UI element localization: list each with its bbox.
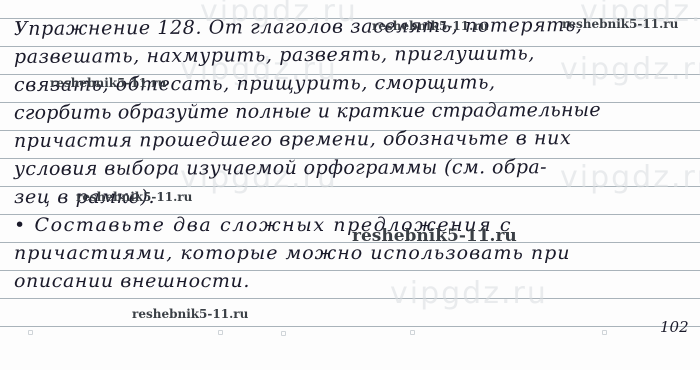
watermark-reshebnik: reshebnik5-11.ru xyxy=(562,17,678,31)
paper-mark xyxy=(410,330,415,335)
watermark-reshebnik: reshebnik5-11.ru xyxy=(352,226,517,246)
paper-mark xyxy=(28,330,33,335)
paper-mark xyxy=(281,331,286,336)
watermark-reshebnik: reshebnik5-11.ru xyxy=(76,190,192,204)
page-number: 102 xyxy=(660,318,689,336)
ruled-line xyxy=(0,326,700,327)
watermark-vipgdz: vipgdz.ru xyxy=(560,52,700,87)
text-line-6: условия выбора изучаемой орфограммы (см.… xyxy=(14,156,547,180)
text-line-2: развешать, нахмурить, развеять, приглуши… xyxy=(14,42,535,68)
watermark-vipgdz: vipgdz.ru xyxy=(560,160,700,195)
watermark-reshebnik: reshebnik5-11.ru xyxy=(50,76,166,90)
text-line-5: причастия прошедшего времени, обозначьте… xyxy=(14,127,571,152)
paper-mark xyxy=(602,330,607,335)
watermark-vipgdz: vipgdz.ru xyxy=(390,276,548,311)
ruled-line xyxy=(0,298,700,299)
watermark-reshebnik: reshebnik5-11.ru xyxy=(132,307,248,321)
paper-mark xyxy=(218,330,223,335)
text-line-4: сгорбить образуйте полные и краткие стра… xyxy=(14,99,601,124)
watermark-reshebnik: reshebnik5-11.ru xyxy=(372,19,488,33)
text-line-10: описании внешности. xyxy=(14,270,250,292)
notebook-page: vipgdz.ru vipgdz.ru vipgdz.ru vipgdz.ru … xyxy=(0,0,700,370)
text-line-1: Упражнение 128. От глаголов заселять, по… xyxy=(14,14,583,40)
